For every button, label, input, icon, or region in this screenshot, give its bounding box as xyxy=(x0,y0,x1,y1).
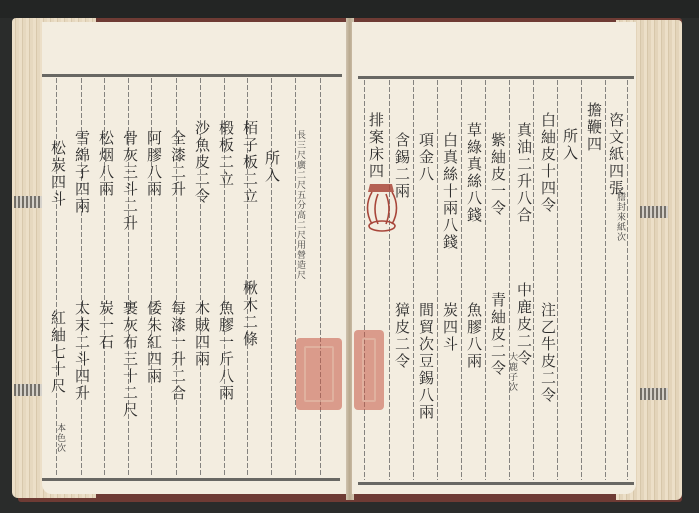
frame-bottom-rule xyxy=(358,482,634,485)
frame-bottom-rule xyxy=(42,478,340,481)
item-upper: 真油二升八合 xyxy=(516,122,531,224)
item-lower: 炭四斗 xyxy=(442,302,457,353)
item-lower: 獐皮二令 xyxy=(394,302,409,370)
item-lower: 楸木二條 xyxy=(242,280,257,348)
item-upper: 松烟八兩 xyxy=(98,130,113,198)
heading-suoru: 所入 xyxy=(264,150,279,184)
scan-background-top xyxy=(0,0,699,18)
item-lower: 倭朱紅四兩 xyxy=(146,300,161,385)
item-lower: 魚膠八兩 xyxy=(466,302,481,370)
right-edge-mark xyxy=(640,206,668,218)
item-lower: 注乙牛皮二令 xyxy=(540,302,555,404)
dimension-note: 長三尺廣二尺五分高二尺用營造尺 xyxy=(292,130,307,280)
item-lower: 紅紬七十尺 xyxy=(50,310,65,395)
item-lower: 青紬皮二令 xyxy=(490,292,505,377)
right-page: 咨文紙四張 謄封來紙次 擔鞭四 所入 白紬皮十四令 注乙牛皮二令 真油二升八合 … xyxy=(352,22,636,494)
item-upper: 松炭四斗 xyxy=(50,140,65,208)
item-lower: 木賊四兩 xyxy=(194,300,209,368)
red-seal-left-half xyxy=(296,338,342,410)
heading-note: 謄封來紙次 xyxy=(612,192,627,242)
item-note: 本色次 xyxy=(52,423,67,453)
heading-suoru: 所入 xyxy=(562,128,577,162)
column-grid: 咨文紙四張 謄封來紙次 擔鞭四 所入 白紬皮十四令 注乙牛皮二令 真油二升八合 … xyxy=(352,80,636,480)
red-seal-right-half xyxy=(354,330,384,410)
item-upper: 沙魚皮二令 xyxy=(194,120,209,205)
item-upper: 項金八 xyxy=(418,132,433,183)
item-upper: 全漆二升 xyxy=(170,130,185,198)
frame-top-rule xyxy=(42,74,342,77)
left-page: 長三尺廣二尺五分高二尺用營造尺 所入 栢子板二立 楸木二條 椴板二立 魚膠一斤八… xyxy=(42,22,348,494)
item-upper: 排案床四 xyxy=(368,112,383,180)
item-lower: 裹灰布三十二尺 xyxy=(122,300,137,419)
heading-zimunzhi: 咨文紙四張 xyxy=(608,112,623,197)
item-upper: 雪綿子四兩 xyxy=(74,130,89,215)
left-edge-mark xyxy=(14,384,42,396)
left-edge-mark xyxy=(14,196,42,208)
item-upper: 骨灰三斗二升 xyxy=(122,130,137,232)
item-upper: 白真絲十兩八錢 xyxy=(442,132,457,251)
item-upper: 椴板二立 xyxy=(218,120,233,188)
right-edge-mark xyxy=(640,388,668,400)
item-lower: 每漆一升二合 xyxy=(170,300,185,402)
table-stand-illustration-icon xyxy=(366,178,398,236)
frame-top-rule xyxy=(358,76,634,79)
heading-danbian: 擔鞭四 xyxy=(586,102,601,153)
item-lower: 炭一石 xyxy=(98,300,113,351)
item-upper: 草綠真絲八錢 xyxy=(466,122,481,224)
item-upper: 栢子板二立 xyxy=(242,120,257,205)
column-grid: 長三尺廣二尺五分高二尺用營造尺 所入 栢子板二立 楸木二條 椴板二立 魚膠一斤八… xyxy=(42,78,348,476)
item-upper: 阿膠八兩 xyxy=(146,130,161,198)
item-lower: 間貿次豆錫八兩 xyxy=(418,302,433,421)
item-lower: 魚膠一斤八兩 xyxy=(218,300,233,402)
item-upper: 白紬皮十四令 xyxy=(540,112,555,214)
item-upper: 紫紬皮一令 xyxy=(490,132,505,217)
item-lower: 太末二斗四升 xyxy=(74,300,89,402)
